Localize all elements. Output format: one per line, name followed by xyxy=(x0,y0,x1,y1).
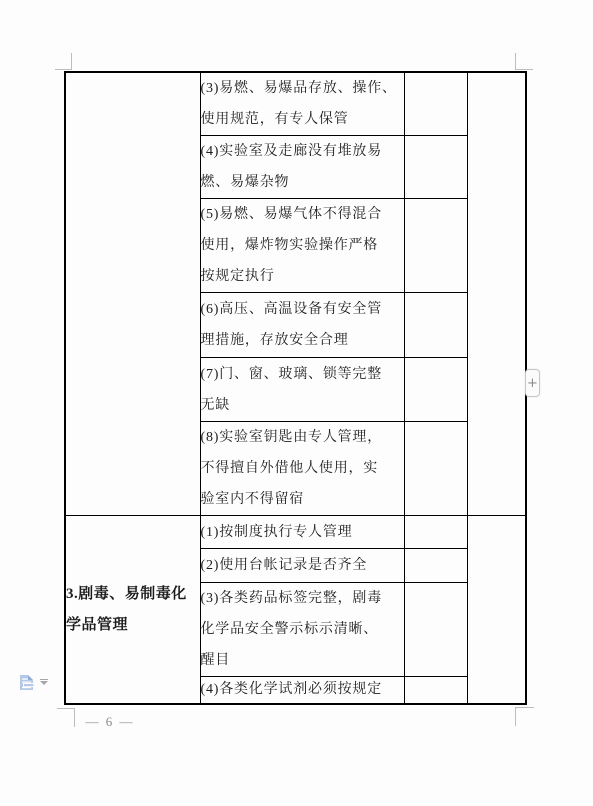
check-result-cell xyxy=(404,136,467,199)
add-button[interactable]: + xyxy=(525,369,540,397)
item-text-line: 不得擅自外借他人使用，实 xyxy=(201,453,404,484)
item-cell: (4)实验室及走廊没有堆放易 燃、易爆杂物 xyxy=(200,136,404,199)
item-text-line: (1)按制度执行专人管理 xyxy=(201,517,404,548)
item-text-line: 理措施，存放安全合理 xyxy=(201,325,404,356)
item-cell: (5)易燃、易爆气体不得混合 使用，爆炸物实验操作严格 按规定执行 xyxy=(200,199,404,293)
check-result-cell xyxy=(404,677,467,705)
check-result-cell xyxy=(404,422,467,516)
item-text-line: 无缺 xyxy=(201,390,404,421)
remark-cell xyxy=(467,516,526,705)
document-page: (3)易燃、易爆品存放、操作、 使用规范，有专人保管 (4)实验室及走廊没有堆放… xyxy=(0,0,593,806)
item-text-line: (5)易燃、易爆气体不得混合 xyxy=(201,199,404,230)
item-text-line: (3)易燃、易爆品存放、操作、 xyxy=(201,73,404,104)
check-result-cell xyxy=(404,516,467,549)
paste-options-widget[interactable] xyxy=(19,674,49,692)
item-text-line: 化学品安全警示标示清晰、 xyxy=(201,614,404,645)
item-text-line: (6)高压、高温设备有安全管 xyxy=(201,294,404,325)
table-row: 3.剧毒、易制毒化 学品管理 (1)按制度执行专人管理 xyxy=(65,516,526,549)
remark-cell xyxy=(467,72,526,516)
item-text-line: 醒目 xyxy=(201,645,404,676)
item-cell: (3)各类药品标签完整，剧毒 化学品安全警示标示清晰、 醒目 xyxy=(200,583,404,677)
table-row: (3)易燃、易爆品存放、操作、 使用规范，有专人保管 xyxy=(65,72,526,136)
item-cell: (3)易燃、易爆品存放、操作、 使用规范，有专人保管 xyxy=(200,72,404,136)
check-result-cell xyxy=(404,358,467,422)
item-text-line: 燃、易爆杂物 xyxy=(201,167,404,198)
margin-crop-mark-top-left xyxy=(55,53,72,70)
item-text-line: 使用规范，有专人保管 xyxy=(201,104,404,135)
check-result-cell xyxy=(404,199,467,293)
check-result-cell xyxy=(404,549,467,583)
item-text-line: (8)实验室钥匙由专人管理， xyxy=(201,422,404,453)
item-text-line: (4)各类化学试剂必须按规定 xyxy=(201,677,404,703)
item-text-line: (3)各类药品标签完整，剧毒 xyxy=(201,583,404,614)
margin-crop-mark-bottom-right xyxy=(515,707,534,726)
page-number: — 6 — xyxy=(80,714,140,730)
item-cell: (6)高压、高温设备有安全管 理措施，存放安全合理 xyxy=(200,293,404,358)
check-result-cell xyxy=(404,72,467,136)
chevron-down-icon[interactable] xyxy=(40,681,48,685)
item-cell: (8)实验室钥匙由专人管理， 不得擅自外借他人使用，实 验室内不得留宿 xyxy=(200,422,404,516)
item-cell: (2)使用台帐记录是否齐全 xyxy=(200,549,404,583)
item-text-line: 验室内不得留宿 xyxy=(201,484,404,515)
margin-crop-mark-top-right xyxy=(515,53,533,70)
category-cell-section3: 3.剧毒、易制毒化 学品管理 xyxy=(65,516,200,705)
item-text-line: 按规定执行 xyxy=(201,261,404,292)
item-cell: (4)各类化学试剂必须按规定 xyxy=(200,677,404,705)
item-cell: (7)门、窗、玻璃、锁等完整 无缺 xyxy=(200,358,404,422)
item-cell: (1)按制度执行专人管理 xyxy=(200,516,404,549)
safety-checklist-table: (3)易燃、易爆品存放、操作、 使用规范，有专人保管 (4)实验室及走廊没有堆放… xyxy=(64,71,527,705)
item-text-line: (7)门、窗、玻璃、锁等完整 xyxy=(201,359,404,390)
check-result-cell xyxy=(404,583,467,677)
item-text-line: (2)使用台帐记录是否齐全 xyxy=(201,550,404,581)
check-result-cell xyxy=(404,293,467,358)
category-label-line: 3.剧毒、易制毒化 xyxy=(66,579,200,610)
category-label-line: 学品管理 xyxy=(66,610,200,641)
margin-crop-mark-bottom-left xyxy=(57,708,75,727)
item-text-line: (4)实验室及走廊没有堆放易 xyxy=(201,136,404,167)
category-cell-empty xyxy=(65,72,200,516)
item-text-line: 使用，爆炸物实验操作严格 xyxy=(201,230,404,261)
paste-options-icon[interactable] xyxy=(19,674,35,691)
